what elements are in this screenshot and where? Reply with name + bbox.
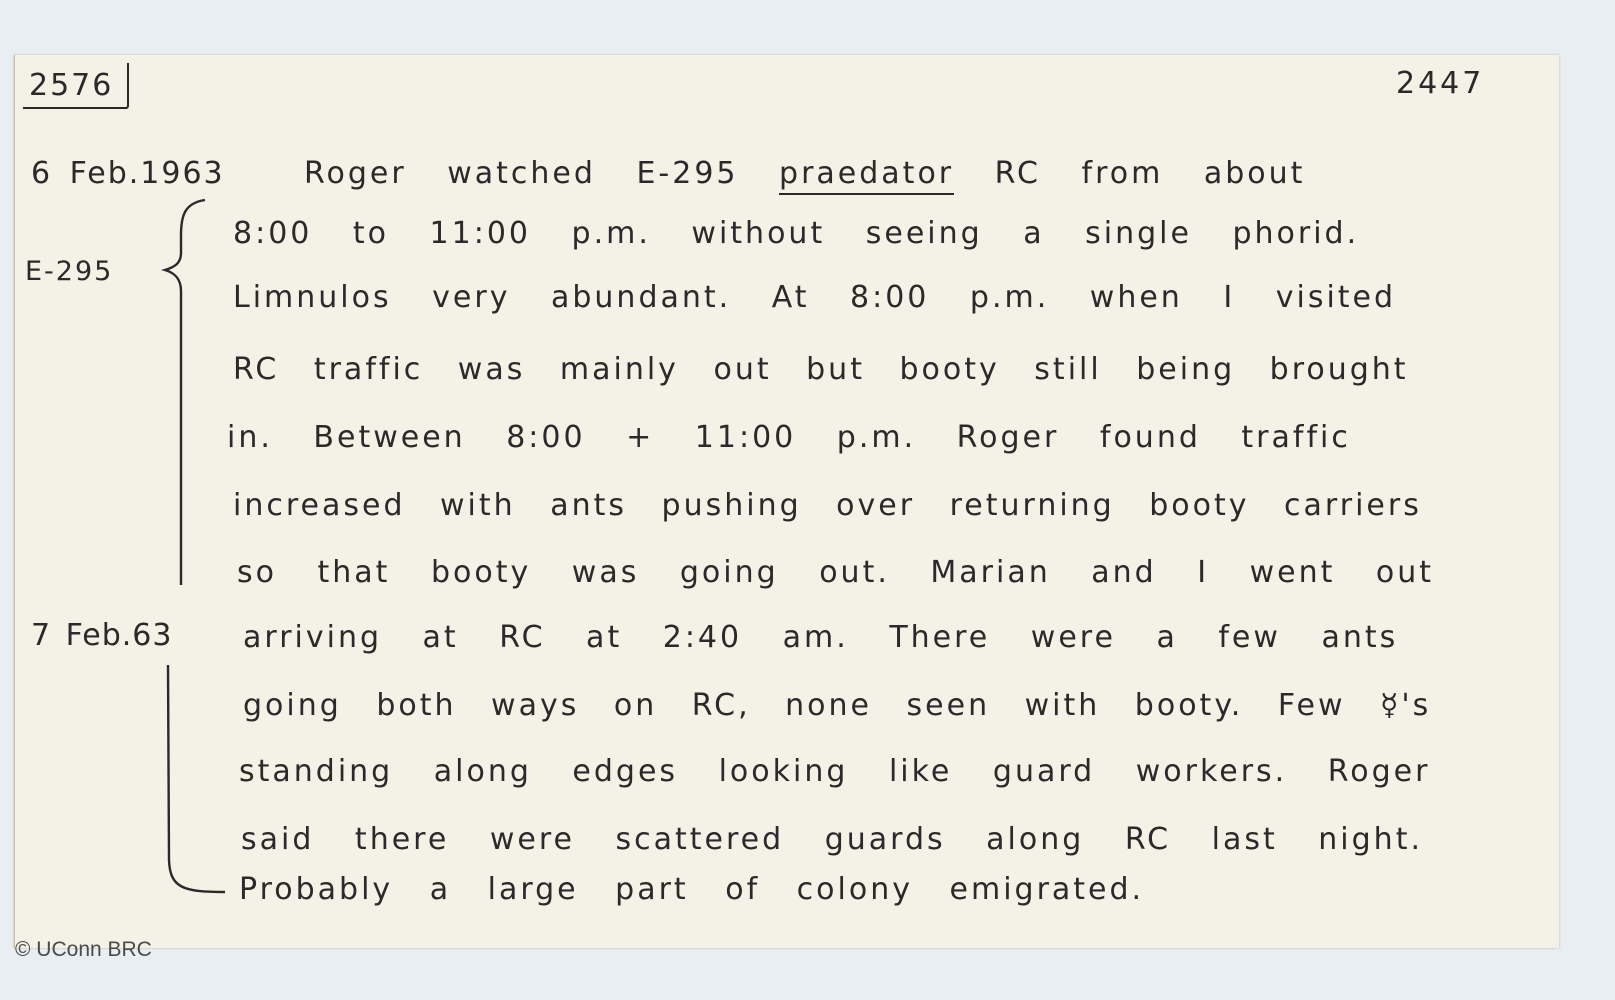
note-line-8: arriving at RC at 2:40 am. There were a … bbox=[243, 623, 1398, 653]
catalog-number: 2576 bbox=[29, 71, 113, 101]
note-line-12: Probably a large part of colony emigrate… bbox=[239, 875, 1144, 905]
note-line-2: 8:00 to 11:00 p.m. without seeing a sing… bbox=[233, 219, 1359, 249]
margin-date-1: 6 Feb.1963 bbox=[31, 159, 225, 189]
page-number: 2447 bbox=[1396, 69, 1484, 99]
margin-specimen-label: E-295 bbox=[25, 258, 113, 285]
note-line-4: RC traffic was mainly out but booty stil… bbox=[233, 355, 1409, 385]
bracket-icon bbox=[165, 660, 235, 905]
note-line-10: standing along edges looking like guard … bbox=[239, 757, 1430, 787]
copyright-watermark: © UConn BRC bbox=[15, 938, 152, 962]
note-line-5: in. Between 8:00 + 11:00 p.m. Roger foun… bbox=[227, 423, 1351, 453]
curly-brace-icon bbox=[145, 195, 215, 595]
note-line-9: going both ways on RC, none seen with bo… bbox=[243, 691, 1431, 721]
note-line-11: said there were scattered guards along R… bbox=[241, 825, 1423, 855]
note-line-1: Roger watched E-295 praedator RC from ab… bbox=[304, 159, 1305, 189]
margin-date-2: 7 Feb.63 bbox=[31, 621, 172, 651]
note-line-3: Limnulos very abundant. At 8:00 p.m. whe… bbox=[233, 283, 1396, 313]
note-line-7: so that booty was going out. Marian and … bbox=[237, 558, 1434, 588]
index-card: 2576 2447 6 Feb.1963 E-295 7 Feb.63 Roge… bbox=[14, 55, 1559, 948]
catalog-number-box: 2576 bbox=[23, 63, 129, 109]
note-line-6: increased with ants pushing over returni… bbox=[233, 491, 1422, 521]
underlined-word: praedator bbox=[779, 156, 954, 195]
